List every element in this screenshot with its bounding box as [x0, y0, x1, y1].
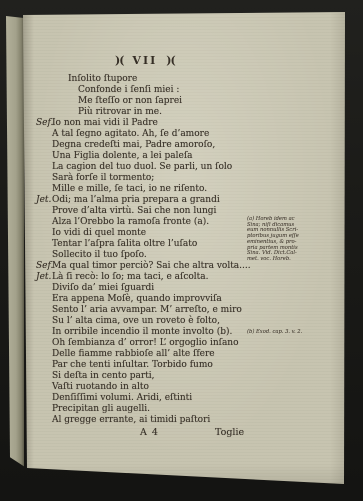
verse-text: Par che tenti inſultar. Torbido fumo — [52, 360, 282, 371]
catchword: Toglie — [215, 427, 244, 438]
note-line: (b) Exod. cap. 3. v. 2. — [247, 330, 319, 336]
verse-line: Precipitan gli augelli. — [20, 404, 282, 415]
verse-line: Sollecito il tuo ſpoſo. — [20, 250, 282, 261]
speaker-label: Jet. — [36, 195, 51, 206]
verse-text: La cagion del tuo duol. Se parli, un ſol… — [52, 162, 282, 173]
verse-line: Inſolito ſtupore — [20, 74, 282, 85]
verse-line: Si deſta in cento parti, — [20, 371, 282, 382]
speaker-label: Sef. — [36, 261, 53, 272]
verse-line: Una Figlia dolente, a lei paleſa — [20, 151, 282, 162]
verse-line: Sef.Io non mai vidi il Padre — [20, 118, 282, 129]
verse-line: Par che tenti inſultar. Torbido fumo — [20, 360, 282, 371]
verse-text: Si deſta in cento parti, — [52, 371, 282, 382]
verse-text: Oh ſembianza d’ orror! L’ orgoglio inſan… — [52, 338, 282, 349]
verse-text: Mille e mille, ſe taci, io ne riſento. — [52, 184, 282, 195]
verse-line: Prove d’alta virtù. Sai che non lungi — [20, 206, 282, 217]
verse-line: Sarà forſe il tormento; — [20, 173, 282, 184]
verse-line: Sef.Ma qual timor perciò? Sai che altra … — [20, 261, 282, 272]
verse-text: Degna credeſti mai, Padre amoroſo, — [52, 140, 282, 151]
verse-text: Una Figlia dolente, a lei paleſa — [52, 151, 282, 162]
verse-text-block: Inſolito ſtupore Confonde i ſenſi miei :… — [20, 74, 282, 426]
verse-line: Degna credeſti mai, Padre amoroſo, — [20, 140, 282, 151]
verse-text: Io non mai vidi il Padre — [52, 118, 282, 129]
verse-text: Inſolito ſtupore — [68, 74, 282, 85]
scanned-book-photo: )(VII)( Inſolito ſtupore Confonde i ſenſ… — [0, 0, 363, 501]
page-number-header: )(VII)( — [115, 54, 175, 67]
verse-text: Sento l’ aria avvampar. M’ arreſto, e mi… — [52, 305, 282, 316]
verse-line: Me ſteſſo or non ſaprei — [20, 96, 282, 107]
marginal-note-b: (b) Exod. cap. 3. v. 2. — [247, 330, 319, 336]
verse-line: In orribile incendio il monte involto (b… — [20, 327, 282, 338]
verse-text: Più ritrovar in me. — [78, 107, 282, 118]
verse-text: Sarà forſe il tormento; — [52, 173, 282, 184]
verse-line: La cagion del tuo duol. Se parli, un ſol… — [20, 162, 282, 173]
verse-text: Delle fiamme rabbioſe all’ alte ſfere — [52, 349, 282, 360]
verse-text: Vaſti ruotando in alto — [52, 382, 282, 393]
adjacent-page-edge — [6, 13, 24, 471]
verse-line: Tentar l’aſpra ſalita oltre l’uſato — [20, 239, 282, 250]
verse-line: Più ritrovar in me. — [20, 107, 282, 118]
verse-line: Io vidi di quel monte — [20, 228, 282, 239]
note-line: met. voc. Horeb. — [247, 257, 319, 263]
verse-line: Era appena Moſè, quando improvviſa — [20, 294, 282, 305]
verse-line: Vaſti ruotando in alto — [20, 382, 282, 393]
verse-text: Diviſo da’ miei ſguardi — [52, 283, 282, 294]
header-ornament-right: )( — [166, 54, 174, 67]
verse-text: Confonde i ſenſi miei : — [78, 85, 282, 96]
verse-text: Ma qual timor perciò? Sai che altra volt… — [52, 261, 282, 272]
speaker-label: Jet. — [36, 272, 51, 283]
verse-text: A tal ſegno agitato. Ah, ſe d’amore — [52, 129, 282, 140]
header-ornament-left: )( — [115, 54, 123, 67]
verse-line: Oh ſembianza d’ orror! L’ orgoglio inſan… — [20, 338, 282, 349]
verse-line: Su l’ alta cima, ove un roveto è folto, — [20, 316, 282, 327]
verse-text: Su l’ alta cima, ove un roveto è folto, — [52, 316, 282, 327]
verse-line: Confonde i ſenſi miei : — [20, 85, 282, 96]
verse-text: Là ſi recò: lo ſo; ma taci, e aſcolta. — [52, 272, 282, 283]
page-number: VII — [132, 54, 157, 67]
verse-line: Jet.Là ſi recò: lo ſo; ma taci, e aſcolt… — [20, 272, 282, 283]
book-page: )(VII)( Inſolito ſtupore Confonde i ſenſ… — [20, 11, 348, 486]
verse-text: Odi; ma l’alma pria prepara a grandi — [52, 195, 282, 206]
verse-text: Precipitan gli augelli. — [52, 404, 282, 415]
verse-line: Diviſo da’ miei ſguardi — [20, 283, 282, 294]
verse-line: Mille e mille, ſe taci, io ne riſento. — [20, 184, 282, 195]
verse-line: Jet.Odi; ma l’alma pria prepara a grandi — [20, 195, 282, 206]
verse-text: Era appena Moſè, quando improvviſa — [52, 294, 282, 305]
verse-text: Al gregge errante, ai timidi paſtori — [52, 415, 282, 426]
verse-text: Me ſteſſo or non ſaprei — [78, 96, 282, 107]
gathering-signature: A 4 — [140, 427, 159, 438]
verse-line: Delle fiamme rabbioſe all’ alte ſfere — [20, 349, 282, 360]
verse-line: Alza l’Orebbo la ramoſa fronte (a). — [20, 217, 282, 228]
speaker-label: Sef. — [36, 118, 53, 129]
verse-line: A tal ſegno agitato. Ah, ſe d’amore — [20, 129, 282, 140]
verse-text: Denſiſſimi volumi. Aridi, eſtinti — [52, 393, 282, 404]
verse-line: Sento l’ aria avvampar. M’ arreſto, e mi… — [20, 305, 282, 316]
verse-line: Denſiſſimi volumi. Aridi, eſtinti — [20, 393, 282, 404]
verse-line: Al gregge errante, ai timidi paſtori — [20, 415, 282, 426]
marginal-note-a: (a) Horeb idem ac Sina; niſi dicamus eum… — [247, 217, 319, 263]
